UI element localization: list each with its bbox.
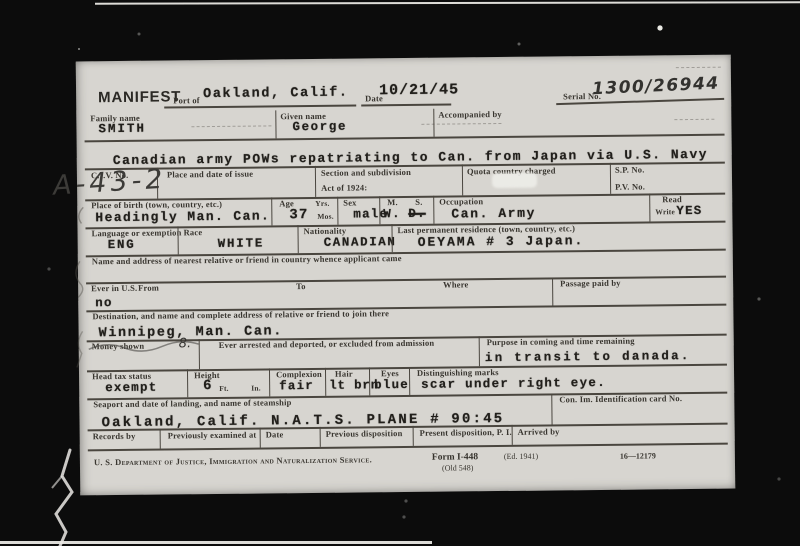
rule bbox=[87, 364, 727, 372]
rule bbox=[391, 224, 393, 252]
inches-label: In. bbox=[251, 385, 261, 394]
language-value: ENG bbox=[108, 239, 136, 252]
civ-no-handwritten: A-43-2 bbox=[52, 164, 167, 202]
rule bbox=[269, 368, 271, 396]
hair-value: lt brn bbox=[329, 379, 379, 392]
seaport-value: Oakland, Calif. N.A.T.S. PLANE # 90:45 bbox=[101, 412, 504, 430]
rule bbox=[610, 163, 612, 194]
sp-no-label: S.P. No. bbox=[615, 165, 645, 175]
pencil-scribble bbox=[87, 338, 207, 359]
seaport-label: Seaport and date of landing, and name of… bbox=[93, 398, 291, 410]
to-label: To bbox=[296, 282, 306, 292]
rule bbox=[379, 196, 381, 224]
ever-arrested-label: Ever arrested and deported, or excluded … bbox=[219, 339, 435, 351]
family-name-value: SMITH bbox=[98, 123, 146, 136]
rule bbox=[315, 166, 317, 197]
last-residence-value: OEYAMA # 3 Japan. bbox=[418, 234, 585, 249]
place-date-issue-label: Place and date of issue bbox=[167, 170, 253, 181]
height-value: 6 bbox=[203, 379, 213, 393]
ever-in-us-label: Ever in U.S. bbox=[91, 284, 137, 294]
nationality-value: CANADIAN bbox=[324, 236, 397, 249]
yrs-label: Yrs. bbox=[315, 200, 329, 209]
act-1924-label: Act of 1924: bbox=[321, 183, 367, 193]
rule bbox=[413, 426, 415, 446]
race-label: Race bbox=[183, 228, 202, 238]
rule bbox=[320, 427, 322, 447]
distinguishing-marks-value: scar under right eye. bbox=[421, 377, 606, 391]
serial-no-value: 1300/26944 bbox=[592, 73, 720, 99]
destination-label: Destination, and name and complete addre… bbox=[92, 309, 389, 322]
rule bbox=[160, 429, 162, 449]
feet-label: Ft. bbox=[219, 385, 229, 394]
rule bbox=[297, 225, 299, 253]
manifest-title: MANIFEST bbox=[98, 88, 181, 106]
rule bbox=[177, 226, 179, 254]
margin-scribbles bbox=[65, 201, 97, 381]
rule bbox=[479, 336, 481, 366]
manifest-card: MANIFEST Port of Oakland, Calif. Date 10… bbox=[76, 55, 736, 496]
erasure-patch bbox=[492, 173, 537, 188]
rule bbox=[551, 393, 553, 424]
marital-value-d-struck: D. bbox=[408, 208, 426, 221]
record-date-label: Date bbox=[266, 430, 284, 440]
erasure-marks bbox=[421, 123, 501, 125]
where-label: Where bbox=[443, 280, 469, 290]
from-label: From bbox=[138, 284, 159, 294]
accompanied-by-label: Accompanied by bbox=[438, 110, 502, 120]
rule bbox=[85, 134, 725, 142]
section-subdivision-label: Section and subdivision bbox=[321, 168, 411, 179]
rule bbox=[512, 425, 514, 445]
write-label: Write bbox=[655, 208, 675, 217]
mos-label: Mos. bbox=[317, 213, 334, 222]
port-of-value: Oakland, Calif. bbox=[203, 87, 349, 102]
scanned-manifest-page: MANIFEST Port of Oakland, Calif. Date 10… bbox=[0, 0, 800, 546]
scan-edge-top bbox=[95, 1, 800, 4]
ever-in-us-value: no bbox=[95, 297, 113, 310]
language-label: Language or exemption bbox=[92, 228, 182, 239]
form-old-number: (Old 548) bbox=[442, 463, 473, 472]
rule bbox=[271, 197, 273, 225]
stray-marks bbox=[674, 119, 714, 120]
rule bbox=[552, 277, 554, 305]
port-of-label: Port of bbox=[173, 96, 200, 106]
date-value: 10/21/45 bbox=[379, 82, 459, 98]
head-tax-value: exempt bbox=[105, 382, 157, 395]
arrived-by-label: Arrived by bbox=[518, 427, 560, 437]
race-value: WHITE bbox=[218, 237, 265, 250]
rule bbox=[86, 276, 726, 284]
passage-paid-label: Passage paid by bbox=[560, 279, 621, 289]
read-write-value: YES bbox=[676, 205, 702, 218]
rule bbox=[462, 164, 464, 195]
purpose-label: Purpose in coming and time remaining bbox=[487, 337, 635, 348]
rule bbox=[433, 196, 435, 224]
rule bbox=[325, 368, 327, 396]
records-by-label: Records by bbox=[93, 432, 136, 442]
present-disposition-label: Present disposition, P. I. bbox=[420, 428, 512, 439]
dust-specks bbox=[78, 48, 80, 50]
rule bbox=[337, 197, 339, 225]
nearest-relative-label: Name and address of nearest relative or … bbox=[92, 254, 402, 267]
age-value: 37 bbox=[289, 208, 308, 222]
previously-examined-label: Previously examined at bbox=[168, 431, 257, 442]
eyes-value: blue bbox=[374, 379, 409, 392]
rule bbox=[275, 110, 277, 138]
marital-value-w: W. bbox=[383, 208, 401, 221]
erasure-marks bbox=[191, 125, 271, 127]
rule bbox=[361, 104, 451, 107]
place-of-birth-value: Headingly Man. Can. bbox=[95, 209, 270, 224]
rule bbox=[260, 428, 262, 448]
print-code: 16—12179 bbox=[620, 451, 656, 460]
rule bbox=[409, 367, 411, 395]
form-edition: (Ed. 1941) bbox=[504, 452, 538, 461]
rule bbox=[369, 367, 371, 395]
rule bbox=[88, 443, 728, 451]
purpose-value: in transit to danada. bbox=[485, 350, 691, 365]
con-im-card-label: Con. Im. Identification card No. bbox=[559, 394, 682, 405]
stray-marks bbox=[676, 67, 721, 68]
occupation-value: Can. Army bbox=[451, 207, 536, 221]
previous-disposition-label: Previous disposition bbox=[326, 429, 403, 440]
complexion-value: fair bbox=[279, 380, 314, 393]
pv-no-label: P.V. No. bbox=[615, 182, 645, 192]
rule bbox=[187, 369, 189, 397]
agency-imprint: U. S. Department of Justice, Immigration… bbox=[94, 454, 372, 467]
rule bbox=[649, 193, 651, 221]
form-number: Form I-448 bbox=[432, 452, 478, 462]
given-name-value: George bbox=[292, 121, 347, 134]
